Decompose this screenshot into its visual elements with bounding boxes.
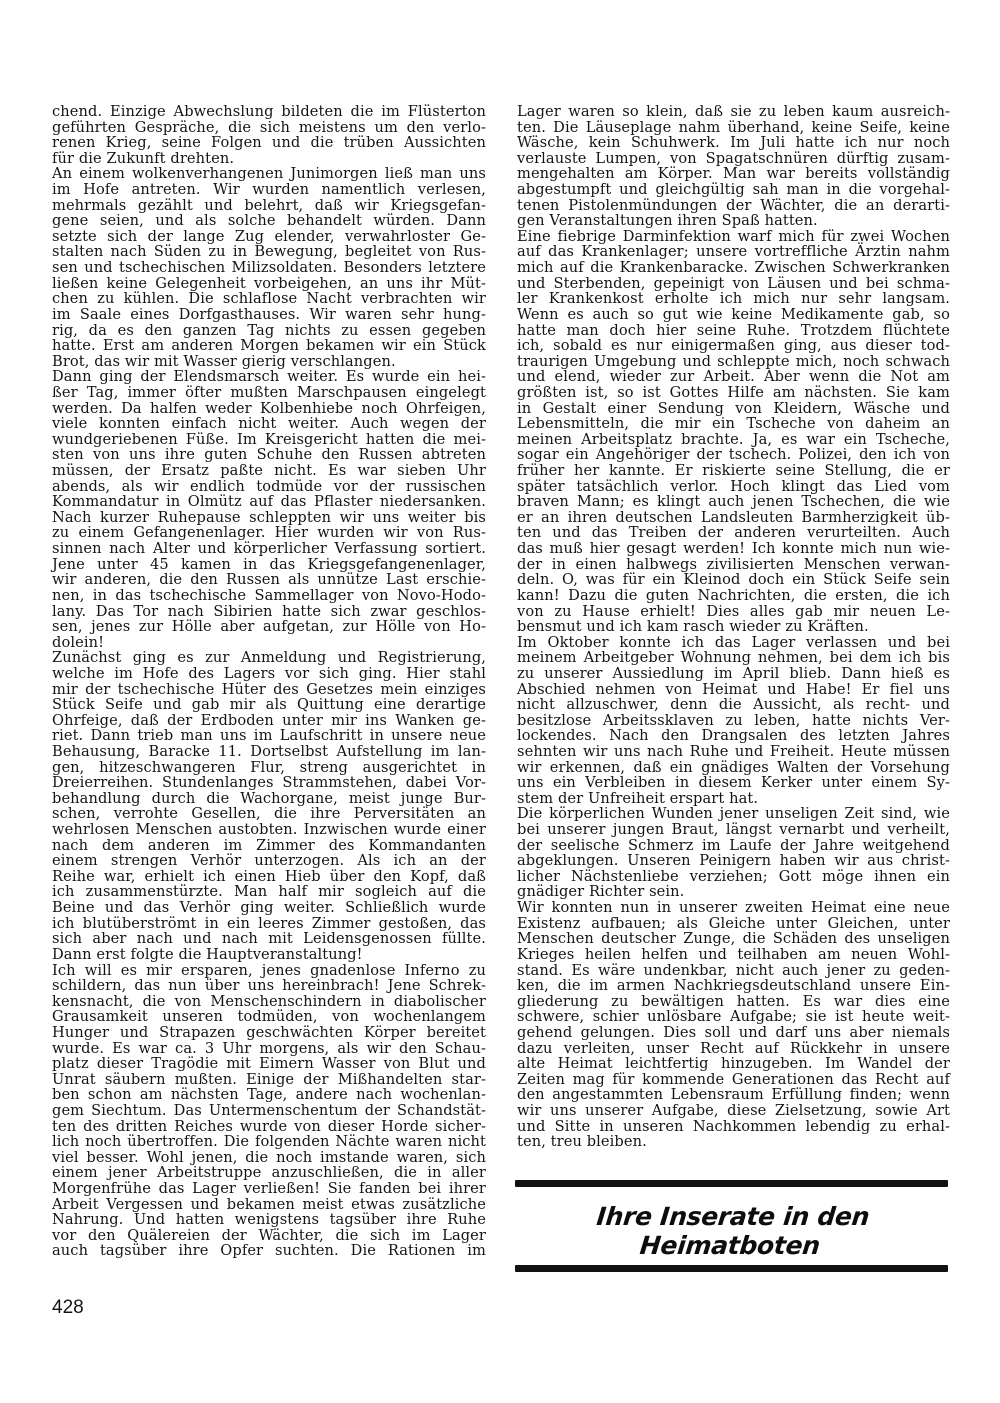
text-line: Wäsche, kein Schuhwerk. Im Juli hatte ic…: [517, 135, 950, 151]
text-line: Unrat säubern mußten. Einige der Mißhand…: [52, 1072, 486, 1088]
text-line: licher Nächstenliebe verziehen; Gott mög…: [517, 869, 950, 885]
text-line: Dreierreihen. Stundenlanges Strammstehen…: [52, 775, 486, 791]
text-line: Nahrung. Und hatten wenigstens tagsüber …: [52, 1212, 486, 1228]
text-line: bensmut und ich kam rasch wieder zu Kräf…: [517, 619, 950, 635]
text-line: werden. Da halfen weder Kolbenhiebe noch…: [52, 401, 486, 417]
text-line: im Hofe antreten. Wir wurden namentlich …: [52, 182, 486, 198]
text-line: sehnten wir uns nach Ruhe und Freiheit. …: [517, 744, 950, 760]
text-line: ken, die im armen Nachkriegsdeutschland …: [517, 978, 950, 994]
text-line: sten von uns ihre guten Schuhe den Russe…: [52, 447, 486, 463]
text-line: renen Krieg, seine Folgen und die trüben…: [52, 135, 486, 151]
text-line: geführten Gespräche, die sich meistens u…: [52, 120, 486, 136]
text-line: Dann erst folgte die Hauptveranstaltung!: [52, 947, 486, 963]
text-line: meinen Arbeitsplatz brachte. Ja, es war …: [517, 432, 950, 448]
text-line: setzte sich der lange Zug elender, verwa…: [52, 229, 486, 245]
text-line: verlauste Lumpen, von Spagatschnüren dür…: [517, 151, 950, 167]
text-line: schildern, das nun über uns hereinbrach!…: [52, 978, 486, 994]
text-line: früher her kannte. Er riskierte seine St…: [517, 463, 950, 479]
text-line: mir der tschechische Hüter des Gesetzes …: [52, 682, 486, 698]
text-line: gene seien, und als solche behandelt wür…: [52, 213, 486, 229]
text-line: abends, als wir endlich todmüde vor der …: [52, 479, 486, 495]
text-line: mengehalten am Körper. Man war bereits v…: [517, 166, 950, 182]
text-line: Ohrfeige, daß der Erdboden unter mir ins…: [52, 713, 486, 729]
text-line: im Saale eines Dorfgasthauses. Wir waren…: [52, 307, 486, 323]
text-line: deln. O, was für ein Kleinod doch ein St…: [517, 572, 950, 588]
text-line: ler Krankenkost erholte ich mich nur seh…: [517, 291, 950, 307]
text-line: dazu verleiten, unser Recht auf Rückkehr…: [517, 1041, 950, 1057]
text-line: gen, hitzeschwangeren Flur, streng ausge…: [52, 760, 486, 776]
text-line: ließen keine Gelegenheit vorbeigehen, an…: [52, 276, 486, 292]
text-line: alte Heimat leichtfertig hinzugeben. Im …: [517, 1056, 950, 1072]
text-line: gehend gelungen. Dies soll und darf uns …: [517, 1025, 950, 1041]
text-line: von zu Hause erhielt! Dies alles gab mir…: [517, 604, 950, 620]
text-line: einem jener Arbeitstruppe anzuschließen,…: [52, 1165, 486, 1181]
text-line: wir uns unserer Aufgabe, diese Zielsetzu…: [517, 1103, 950, 1119]
page-number: 428: [52, 1297, 84, 1319]
text-line: Jene unter 45 kamen in das Kriegsgefange…: [52, 557, 486, 573]
text-line: stem der Unfreiheit erspart hat.: [517, 791, 950, 807]
text-line: ten, treu bleiben.: [517, 1134, 950, 1150]
text-line: rig, da es den ganzen Tag nichts zu esse…: [52, 323, 486, 339]
ad-bottom-rule: [515, 1265, 948, 1272]
text-line: ich, sobald es nur einigermaßen ging, au…: [517, 338, 950, 354]
text-line: in Gestalt einer Sendung von Kleidern, W…: [517, 401, 950, 417]
text-line: Zeiten mag für kommende Generationen das…: [517, 1072, 950, 1088]
text-line: hatte. Erst am anderen Morgen bekamen wi…: [52, 338, 486, 354]
text-line: ten. Die Läuseplage nahm überhand, keine…: [517, 120, 950, 136]
text-line: ich blutüberströmt in ein leeres Zimmer …: [52, 916, 486, 932]
text-line: abgestumpft und gleichgültig sah man in …: [517, 182, 950, 198]
text-line: dolein!: [52, 635, 486, 651]
text-line: sinnen nach Alter und körperlicher Verfa…: [52, 541, 486, 557]
text-line: mich auf die Krankenbaracke. Zwischen Sc…: [517, 260, 950, 276]
text-line: abgeklungen. Unseren Peinigern haben wir…: [517, 853, 950, 869]
text-line: Im Oktober konnte ich das Lager verlasse…: [517, 635, 950, 651]
text-line: für die Zukunft drehten.: [52, 151, 486, 167]
text-line: Grausamkeit unseren todmüden, von wochen…: [52, 1009, 486, 1025]
text-line: schwere, schier unlösbare Aufgabe; sie i…: [517, 1009, 950, 1025]
text-line: bei unserer jungen Braut, längst vernarb…: [517, 822, 950, 838]
text-line: Reihe war, erhielt ich einen Hieb über d…: [52, 869, 486, 885]
text-line: lany. Das Tor nach Sibirien hatte sich z…: [52, 604, 486, 620]
text-line: und Sitte in unseren Nachkommen lebendig…: [517, 1119, 950, 1135]
text-line: besitzlose Arbeitssklaven zu leben, hatt…: [517, 713, 950, 729]
text-line: meinem Arbeitgeber Wohnung nehmen, bei d…: [517, 650, 950, 666]
text-line: ten des dritten Reiches wurde von dieser…: [52, 1119, 486, 1135]
text-line: vor den Quälereien der Wächter, die sich…: [52, 1228, 486, 1244]
text-line: An einem wolkenverhangenen Junimorgen li…: [52, 166, 486, 182]
text-line: Brot, das wir mit Wasser gierig verschla…: [52, 354, 486, 370]
text-line: das muß hier gesagt werden! Ich konnte m…: [517, 541, 950, 557]
text-line: auch tagsüber ihre Opfer suchten. Die Ra…: [52, 1243, 486, 1259]
text-line: gen Veranstaltungen ihren Spaß hatten.: [517, 213, 950, 229]
text-line: ten und das Treiben der anderen verurtei…: [517, 525, 950, 541]
text-line: uns ein Verbleiben in diesem Kerker unte…: [517, 775, 950, 791]
text-line: mehrmals gezählt und belehrt, daß wir Kr…: [52, 198, 486, 214]
text-line: Lager waren so klein, daß sie zu leben k…: [517, 104, 950, 120]
text-line: wehrlosen Menschen austobten. Inzwischen…: [52, 822, 486, 838]
text-line: Existenz aufbauen; als Gleiche unter Gle…: [517, 916, 950, 932]
text-line: größten ist, so ist Gottes Hilfe am näch…: [517, 385, 950, 401]
text-line: wir anderen, die den Russen als unnütze …: [52, 572, 486, 588]
text-line: wurde. Es war ca. 3 Uhr morgens, als wir…: [52, 1041, 486, 1057]
text-line: schen, verrohte Gesellen, die ihre Perve…: [52, 806, 486, 822]
text-line: Wir konnten nun in unserer zweiten Heima…: [517, 900, 950, 916]
text-line: gem Siechtum. Das Untermenschentum der S…: [52, 1103, 486, 1119]
text-line: sich aber nach und nach mit Leidensgenos…: [52, 931, 486, 947]
ad-slogan: Ihre Inserate in den Heimatboten: [512, 1202, 951, 1260]
text-line: Hunger und Strapazen geschwächten Körper…: [52, 1025, 486, 1041]
text-line: viel besser. Wohl jenen, die noch imstan…: [52, 1150, 486, 1166]
text-line: nicht allzuschwer, denn die Aussicht, al…: [517, 697, 950, 713]
text-line: Nach kurzer Ruhepause schleppten wir uns…: [52, 510, 486, 526]
text-line: stalten nach Süden zu in Bewegung, begle…: [52, 244, 486, 260]
text-line: sogar ein Angehöriger der tschech. Poliz…: [517, 447, 950, 463]
text-line: gnädiger Richter sein.: [517, 884, 950, 900]
document-page: chend. Einzige Abwechslung bildeten die …: [0, 0, 1000, 1403]
text-line: den angestammten Lebensraum Erfüllung fi…: [517, 1087, 950, 1103]
text-line: traurigen Umgebung und schleppte mich, n…: [517, 354, 950, 370]
text-line: zu unserer Aussiedlung im April blieb. D…: [517, 666, 950, 682]
text-line: wundgeriebenen Füße. Im Kreisgericht hat…: [52, 432, 486, 448]
text-line: behandlung durch die Wachorgane, meist j…: [52, 791, 486, 807]
text-line: Arbeit Vergessen und bekamen meist etwas…: [52, 1197, 486, 1213]
text-line: viele konnten einfach nicht weiter. Auch…: [52, 416, 486, 432]
advertisement-box: Ihre Inserate in den Heimatboten: [515, 1180, 948, 1272]
text-line: Ich will es mir ersparen, jenes gnadenlo…: [52, 963, 486, 979]
text-line: ich zusammenstürzte. Man half mir soglei…: [52, 884, 486, 900]
text-line: der seelische Schmerz im Laufe der Jahre…: [517, 838, 950, 854]
text-line: einem strengen Verhör unterzogen. Als ic…: [52, 853, 486, 869]
text-line: kann! Dazu die guten Nachrichten, die er…: [517, 588, 950, 604]
text-line: Lebensmitteln, die mir ein Tscheche von …: [517, 416, 950, 432]
ad-top-rule: [515, 1180, 948, 1187]
text-line: ben schon am nächsten Tage, andere nach …: [52, 1087, 486, 1103]
text-line: Menschen deutscher Zunge, die Schäden de…: [517, 931, 950, 947]
text-line: nach dem anderen im Zimmer des Kommandan…: [52, 838, 486, 854]
text-line: tenen Pistolenmündungen der Wächter, die…: [517, 198, 950, 214]
text-line: und Sterbenden, gepeinigt von Läusen und…: [517, 276, 950, 292]
text-line: Morgenfrühe das Lager verließen! Sie fan…: [52, 1181, 486, 1197]
text-line: platz dieser Tragödie mit Eimern Wasser …: [52, 1056, 486, 1072]
text-line: lockendes. Nach den Drangsalen des letzt…: [517, 728, 950, 744]
text-line: müssen, der Ersatz paßte nicht. Es war s…: [52, 463, 486, 479]
text-line: Stück Seife und gab mir als Quittung ein…: [52, 697, 486, 713]
text-line: lich noch übertroffen. Die folgenden Näc…: [52, 1134, 486, 1150]
text-line: zu einem Gefangenenlager. Hier wurden wi…: [52, 525, 486, 541]
text-line: kensnacht, die von Menschenschindern in …: [52, 994, 486, 1010]
text-line: wir erkennen, daß ein gnädiges Walten de…: [517, 760, 950, 776]
text-line: nen, in das tschechische Sammellager von…: [52, 588, 486, 604]
text-line: Beine und das Verhör ging weiter. Schlie…: [52, 900, 486, 916]
text-line: ßer Tag, immer öfter mußten Marschpausen…: [52, 385, 486, 401]
text-line: Krieges heilen helfen und teilhaben am n…: [517, 947, 950, 963]
text-line: Behausung, Baracke 11. Dortselbst Aufste…: [52, 744, 486, 760]
text-line: Kommandatur in Olmütz auf das Pflaster n…: [52, 494, 486, 510]
text-line: Dann ging der Elendsmarsch weiter. Es wu…: [52, 369, 486, 385]
text-line: und elend, wieder zur Arbeit. Aber wenn …: [517, 369, 950, 385]
text-line: hatte man doch hier seine Ruhe. Trotzdem…: [517, 323, 950, 339]
right-text-column: Lager waren so klein, daß sie zu leben k…: [517, 104, 950, 1150]
left-text-column: chend. Einzige Abwechslung bildeten die …: [52, 104, 486, 1259]
text-line: Abschied nehmen von Heimat und Habe! Er …: [517, 682, 950, 698]
text-line: chend. Einzige Abwechslung bildeten die …: [52, 104, 486, 120]
text-line: der in einen halbwegs zivilisierten Mens…: [517, 557, 950, 573]
text-line: später tatsächlich verlor. Hoch klingt d…: [517, 479, 950, 495]
text-line: stand. Es wäre undenkbar, nicht auch jen…: [517, 963, 950, 979]
text-line: sen und tschechischen Milizsoldaten. Bes…: [52, 260, 486, 276]
text-line: er an ihren deutschen Landsleuten Barmhe…: [517, 510, 950, 526]
text-line: braven Mann; es klingt auch jenen Tschec…: [517, 494, 950, 510]
text-line: Zunächst ging es zur Anmeldung und Regis…: [52, 650, 486, 666]
text-line: welche im Hofe des Lagers vor sich ging.…: [52, 666, 486, 682]
text-line: sen, jenes zur Hölle aber aufgetan, zur …: [52, 619, 486, 635]
text-line: auf das Krankenlager; unsere vortrefflic…: [517, 244, 950, 260]
text-line: riet. Dann trieb man uns im Laufschritt …: [52, 728, 486, 744]
text-line: Wenn es auch so gut wie keine Medikament…: [517, 307, 950, 323]
text-line: gliederung zu bewältigen hatten. Es war …: [517, 994, 950, 1010]
text-line: Die körperlichen Wunden jener unseligen …: [517, 806, 950, 822]
text-line: chen zu kühlen. Die schlaflose Nacht ver…: [52, 291, 486, 307]
